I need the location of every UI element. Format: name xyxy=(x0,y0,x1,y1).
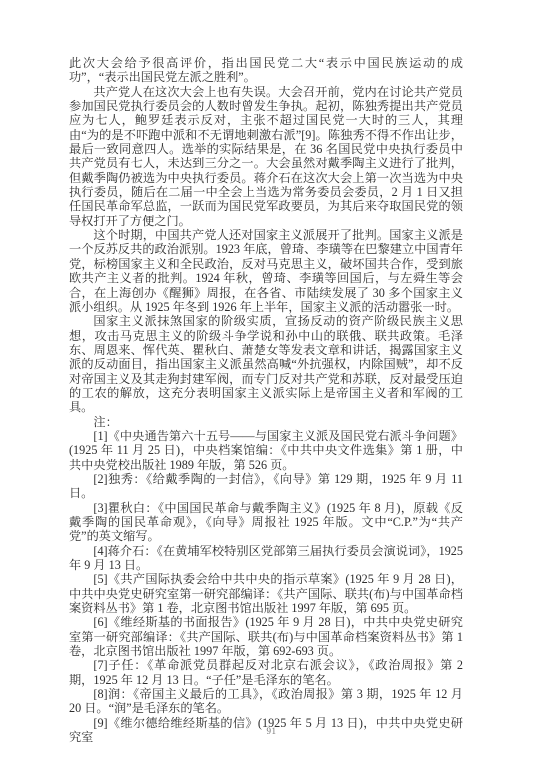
document-page: 此次大会给予很高评价，指出国民党二大“表示中国民族运动的成功”，“表示出国民党左… xyxy=(0,0,543,768)
footnote: [7]子任：《革命派党员群起反对北京右派会议》，《政治周报》第 2 期，1925… xyxy=(69,658,463,687)
footnote: [8]润：《帝国主义最后的工具》，《政治周报》第 3 期，1925 年 12 月… xyxy=(69,687,463,716)
body-paragraph: 这个时期，中国共产党人还对国家主义派展开了批判。国家主义派是一个反苏反共的政治派… xyxy=(69,228,463,314)
body-paragraph: 此次大会给予很高评价，指出国民党二大“表示中国民族运动的成功”，“表示出国民党左… xyxy=(69,56,463,85)
body-paragraph: 共产党人在这次大会上也有失误。大会召开前，党内在讨论共产党员参加国民党执行委员会… xyxy=(69,85,463,228)
page-body: 此次大会给予很高评价，指出国民党二大“表示中国民族运动的成功”，“表示出国民党左… xyxy=(69,56,463,745)
footnote: [5]《共产国际执委会给中共中央的指示草案》(1925 年 9 月 28 日)，… xyxy=(69,572,463,615)
notes-label: 注： xyxy=(69,415,463,429)
body-paragraph: 国家主义派抹煞国家的阶级实质，宣扬反动的资产阶级民族主义思想，攻击马克思主义的阶… xyxy=(69,314,463,414)
page-number: 91 xyxy=(0,726,543,736)
footnote: [1]《中央通告第六十五号——与国家主义派及国民党右派斗争问题》(1925 年 … xyxy=(69,429,463,472)
footnote: [3]瞿秋白：《中国国民革命与戴季陶主义》(1925 年 8 月)，原载《反戴季… xyxy=(69,501,463,544)
footnote: [2]独秀：《给戴季陶的一封信》，《向导》第 129 期，1925 年 9 月 … xyxy=(69,472,463,501)
footnote: [6]《维经斯基的书面报告》(1925 年 9 月 28 日)，中共中央党史研究… xyxy=(69,615,463,658)
footnote: [4]蒋介石：《在黄埔军校特别区党部第三届执行委员会演说词》，1925 年 9 … xyxy=(69,544,463,573)
